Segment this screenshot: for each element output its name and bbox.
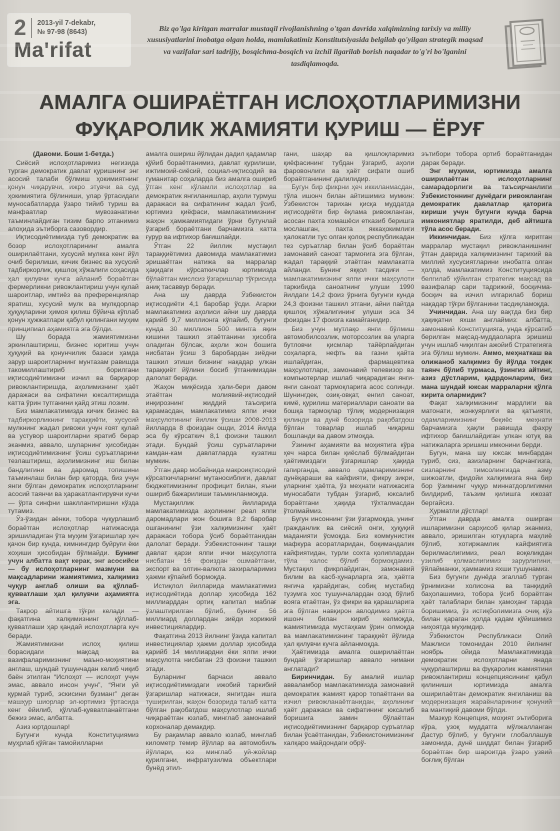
paragraph: Бугун бир фикрни ҳеч иккиланмасдан, тўла…: [284, 184, 415, 325]
masthead-left-block: 2 2013-yil 7-dekabr, № 97-98 (8643) Ma'r…: [8, 14, 130, 66]
body-text: эътибори тобора ортиб бораётганидан дара…: [421, 151, 552, 166]
paragraph: гани, шаҳар ва қишлоқларимиз қиёфасининг…: [284, 151, 415, 184]
body-text: Мазкур Концепция, моҳият эътиборига кўра…: [421, 715, 552, 763]
article-column-2: амалга ошириш йўлидан дадил қадамлар қўй…: [146, 151, 277, 819]
body-text: Бугун инсоннинг ўзи ўзгармоқда, унинг гр…: [284, 516, 415, 647]
newspaper-title: Ma'rifat: [14, 40, 125, 62]
paragraph: Биз мамлакатимизда кичик бизнес ва тадби…: [8, 408, 139, 516]
paragraph: Жамиятимизни ислоҳ қилиш борасидаги мақс…: [8, 641, 139, 724]
paragraph: Бугун инсоннинг ўзи ўзгармоқда, унинг гр…: [284, 516, 415, 649]
paragraph: Ўтган 22 йиллик мустақил тараққиётимиз д…: [146, 243, 277, 293]
paragraph: Ўтган даврда амалга оширган ишларимизни …: [421, 516, 552, 574]
paragraph: Азиз юртдошлар!: [8, 724, 139, 732]
paragraph: Ана шу даврда Ўзбекистон иқтисодиёти 4,1…: [146, 292, 277, 383]
bold-text: Учинчидан.: [429, 309, 467, 316]
body-text: Ўтган даврда амалга оширган ишларимизни …: [421, 516, 552, 573]
masthead-issue-info: 2 2013-yil 7-dekabr, № 97-98 (8643): [14, 17, 125, 39]
body-text: Ўтган 22 йиллик мустақил тараққиётимиз д…: [146, 243, 277, 291]
article-column-4: эътибори тобора ортиб бораётганидан дара…: [421, 151, 552, 819]
paragraph: Ўзининг аҳамияти ва моҳиятига кўра ҳеч н…: [284, 442, 415, 517]
body-text: Такрор айтишга тўғри келади — фақатгина …: [8, 608, 139, 640]
headline-line-1: АМАЛГА ОШИРАЁТГАН ИСЛОҲОТЛАРИМИЗНИ: [12, 90, 548, 117]
paragraph: Бугунги кунда Конституциямиз муҳрлаб қўй…: [8, 732, 139, 749]
bold-text: Биринчидан.: [292, 674, 335, 681]
body-text: Ўзбекистон Республикаси Олий Мажлиси том…: [421, 633, 552, 715]
bold-text: Иккинчидан.: [429, 234, 471, 241]
body-text: Истиқлол йилларида мамлакатимиз иқтисоди…: [146, 583, 277, 631]
paragraph: Ўз-ўзидан аёнки, тобора чуқурлашиб бораё…: [8, 516, 139, 607]
paragraph: Биринчидан. Бу амалий ишлар авваламбор м…: [284, 674, 415, 749]
headline-line-2: ФУҚАРОЛИК ЖАМИЯТИ ҚУРИШ — ЁРУҒ: [12, 117, 548, 144]
body-text: Биз қўлга киритган марралар мустақил рив…: [421, 234, 552, 307]
paragraph: эътибори тобора ортиб бораётганидан дара…: [421, 151, 552, 168]
paragraph: Истиқлол йилларида мамлакатимиз иқтисоди…: [146, 583, 277, 633]
bold-text: Аммо, меҳнаткаш ва олижаноб халқимиз бу …: [421, 350, 552, 398]
body-text: Бу рақамлар аввало юзлаб, минглаб киломе…: [146, 732, 277, 772]
constitution-book-icon: [500, 16, 552, 79]
paragraph: Биз учун мутлақо янги бўлмиш автомобилсо…: [284, 326, 415, 442]
body-text: Биз мамлакатимизда кичик бизнес ва тадби…: [8, 408, 139, 515]
body-text: гани, шаҳар ва қишлоқларимиз қиёфасининг…: [284, 151, 415, 183]
article-column-3: гани, шаҳар ва қишлоқларимиз қиёфасининг…: [284, 151, 415, 819]
body-text: амалга ошириш йўлидан дадил қадамлар қўй…: [146, 151, 277, 241]
paragraph: Иккинчидан. Биз қўлга киритган марралар …: [421, 234, 552, 309]
body-text: Ана шу даврда Ўзбекистон иқтисодиёти 4,1…: [146, 292, 277, 382]
masthead: 2 2013-yil 7-dekabr, № 97-98 (8643) Ma'r…: [8, 14, 552, 78]
paragraph: амалга ошириш йўлидан дадил қадамлар қўй…: [146, 151, 277, 242]
paragraph: Бу рақамлар аввало юзлаб, минглаб киломе…: [146, 732, 277, 773]
body-text: Буларнинг барчаси аввало иқтисодиётимизд…: [146, 674, 277, 731]
body-text: Ўтган давр мобайнида макроиқтисодий кўрс…: [146, 467, 277, 499]
paragraph: Фақат халқимизнинг мардлиги ва матонати,…: [421, 400, 552, 450]
divider: [31, 18, 32, 38]
paragraph: Энг муҳими, юртимизда амалга оширилаётга…: [421, 168, 552, 234]
body-text: Биз бугунги дунёда эгаллаб турган ўрними…: [421, 574, 552, 631]
body-text: Бу амалий ишлар авваламбор мамлакатимизд…: [284, 674, 415, 747]
body-text: Бугунги кунда Конституциямиз муҳрлаб қўй…: [8, 732, 139, 747]
body-text: Бугун, мана шу юксак минбардан туриб, си…: [421, 450, 552, 507]
body-text: Жаҳон миқёсида ҳали-бери давом этаётган …: [146, 384, 277, 466]
paragraph: Бугун, мана шу юксак минбардан туриб, си…: [421, 450, 552, 508]
body-text: Фақат халқимизнинг мардлиги ва матонати,…: [421, 400, 552, 448]
body-text: Ҳурматли дўстлар!: [429, 508, 488, 515]
paragraph: Жаҳон миқёсида ҳали-бери давом этаётган …: [146, 384, 277, 467]
paragraph: Иқтисодиётимизда туб демократик ва бозор…: [8, 234, 139, 334]
body-text: Фақатгина 2013 йилнинг ўзида капитал инв…: [146, 633, 277, 673]
newspaper-page: 2 2013-yil 7-dekabr, № 97-98 (8643) Ma'r…: [0, 0, 560, 831]
body-text: Ҳаётимизда амалга оширилаётган бундай ўз…: [284, 649, 415, 673]
paragraph: Сиёсий ислоҳотларимиз негизида турган де…: [8, 160, 139, 235]
body-text: Биз учун мутлақо янги бўлмиш автомобилсо…: [284, 326, 415, 441]
article-column-1: (Давоми. Боши 1-бетда.)Сиёсий ислоҳотлар…: [8, 151, 139, 819]
paragraph: Мустақиллик йилларида мамлакатимизда аҳо…: [146, 500, 277, 583]
page-number: 2: [14, 17, 26, 39]
bold-text: (Давоми. Боши 1-бетда.): [33, 151, 114, 158]
body-text: Ўзининг аҳамияти ва моҳиятига кўра ҳеч н…: [284, 442, 415, 515]
paragraph: Такрор айтишга тўғри келади — фақатгина …: [8, 608, 139, 641]
body-text: Жамиятимизни ислоҳ қилиш борасидаги мақс…: [8, 641, 139, 723]
bold-text: Энг муҳими, юртимизда амалга оширилаётга…: [421, 168, 552, 233]
body-text: Сиёсий ислоҳотларимиз негизида турган де…: [8, 160, 139, 233]
body-text: Шу борада жамиятимизни эркинлаштириш, би…: [8, 334, 139, 407]
paragraph: Мазкур Концепция, моҳият эътиборига кўра…: [421, 715, 552, 765]
body-text: Иқтисодиётимизда туб демократик ва бозор…: [8, 234, 139, 332]
paragraph: Ўтган давр мобайнида макроиқтисодий кўрс…: [146, 467, 277, 500]
issue-date: 2013-yil 7-dekabr,: [37, 19, 95, 28]
body-text: Бугун бир фикрни ҳеч иккиланмасдан, тўла…: [284, 184, 415, 324]
issue-number: № 97-98 (8643): [37, 28, 95, 37]
paragraph: Шу борада жамиятимизни эркинлаштириш, би…: [8, 334, 139, 409]
body-text: Азиз юртдошлар!: [16, 724, 70, 731]
paragraph: Ҳаётимизда амалга оширилаётган бундай ўз…: [284, 649, 415, 674]
paragraph: Ўзбекистон Республикаси Олий Мажлиси том…: [421, 633, 552, 716]
paragraph: Биз бугунги дунёда эгаллаб турган ўрними…: [421, 574, 552, 632]
paragraph: (Давоми. Боши 1-бетда.): [8, 151, 139, 159]
paragraph: Буларнинг барчаси аввало иқтисодиётимизд…: [146, 674, 277, 732]
epigraph-quote: Biz qo'lga kiritgan marralar mustaqil ri…: [140, 23, 490, 69]
body-text: Мустақиллик йилларида мамлакатимизда аҳо…: [146, 500, 277, 582]
paragraph: Фақатгина 2013 йилнинг ўзида капитал инв…: [146, 633, 277, 674]
bold-text: Бунинг учун албатта вақт керак, энг асос…: [8, 550, 139, 607]
article-body: (Давоми. Боши 1-бетда.)Сиёсий ислоҳотлар…: [8, 151, 552, 819]
article-headline: АМАЛГА ОШИРАЁТГАН ИСЛОҲОТЛАРИМИЗНИ ФУҚАР…: [12, 90, 548, 143]
paragraph: Учинчидан. Ана шу вақтда биз бир ҳақиқат…: [421, 309, 552, 400]
